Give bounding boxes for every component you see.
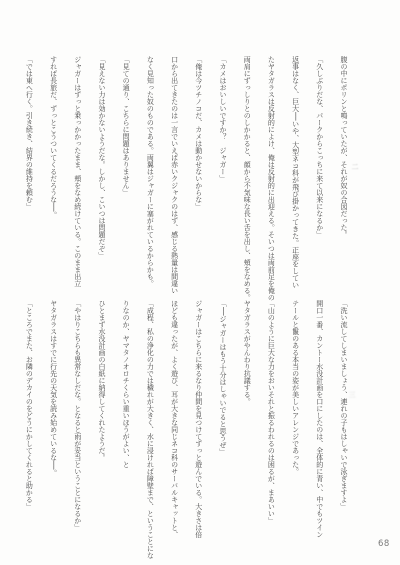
text-column: テールと鬣のある本当の姿が美しいアレンジであった。: [283, 300, 307, 543]
text-column: ヤタガラスがやんわり抗議する。: [235, 300, 259, 543]
page-number: 68: [378, 539, 390, 549]
text-column: 返事はなく、巨大──いや、大型ネコ科が飛び掛かってきた。正座をしてい: [283, 56, 307, 289]
text-column: ヤタガラスはすでに行先の天気を読み始めているな──。: [41, 300, 65, 543]
text-block-bottom: 「洗い流してしまいましょう、連れの子もはしゃいで泳ぎますよ」 開口一番、カントー…: [17, 300, 356, 543]
text-column: 「山のように巨大な力をおいそれと振るわれるのは困るが、まあいい」: [259, 300, 283, 543]
text-column: 両肩にずっしりとのしかかると、顔から不気味な長い舌を出し、頬をなめる。: [235, 56, 259, 289]
text-column: ひとまず水没計画の白紙に納得してくれたようだ。: [90, 300, 114, 543]
text-column: 腹の中にポリンと鳴っていたが、それが奴の合図だった。: [332, 56, 356, 289]
text-column: 「見ての通り、こちらに問題はありません」: [114, 56, 138, 289]
text-column: ジャガーはこちらに来るなり仲間を見つけてずっと遊んでいる。大きさは倍: [187, 300, 211, 543]
text-block-top: 腹の中にポリンと鳴っていたが、それが奴の合図だった。 「久しぶりだな、パークから…: [17, 56, 356, 289]
text-column: すれば長旅だ、ずっとこうついてくるだろうな──。: [41, 56, 65, 289]
text-column: 「洗い流してしまいましょう、連れの子もはしゃいで泳ぎますよ」: [332, 300, 356, 543]
text-column: 「──ジャガーはもう十分はしゃいでると思うぜ」: [211, 300, 235, 543]
text-column: 「カメはおいしいですか？ ジャガー」: [211, 56, 235, 289]
text-column: 「見えない力は効かないようだな。しかし、こいつは問題だぞ」: [90, 56, 114, 289]
text-column: りなのか、ヤマタノオロチくらい重いほうがよい、と: [114, 300, 138, 543]
text-column: 「では東へ行く。引き続き、結界の維持を頼む」: [17, 56, 41, 289]
text-column: たヤタガラスは反射的によけ、俺は反射的に出迎える。そいつは両前足を俺の: [259, 56, 283, 289]
text-column: 口から出てきたのは一言でいえば赤いクジャクのはず、感じる熱量は間違い: [162, 56, 186, 289]
text-column: ジャガーはずっと乗っかかったまま、頬をなめ続けている。このまま出立: [66, 56, 90, 289]
text-column: 開口一番、カントー水没計画を口にしたのは、全体的に青い、中でもツイン: [308, 300, 332, 543]
margin-section-mark-lower: 三: [348, 391, 355, 398]
text-column: 「ところでまた、お隣のデカイのをどうにかしてくれると助かる」: [17, 300, 41, 543]
text-column: 「久しぶりだな、パークからこっちに来て以来になるか」: [308, 56, 332, 289]
text-column: 「やはりこちらも異常なしだな。となると雨が妥当ということになるか」: [66, 300, 90, 543]
text-column: ほども違ったが、よく遊び、耳が大きな同じネコ科のサーバルキャットと、: [162, 300, 186, 543]
margin-section-mark-upper: 二: [351, 163, 358, 170]
text-column: なく見知った奴のものである。両翼はジャガーに塞がれているからかも。: [138, 56, 162, 289]
text-column: 「成程、私の浄化の力では穢れが大きく、水に浸ければ障壁まで、ということにな: [138, 300, 162, 543]
scanned-novel-page: 腹の中にポリンと鳴っていたが、それが奴の合図だった。 「久しぶりだな、パークから…: [0, 0, 400, 565]
text-column: 「俺は今ツチノコだ、カメは動かせないからな」: [187, 56, 211, 289]
